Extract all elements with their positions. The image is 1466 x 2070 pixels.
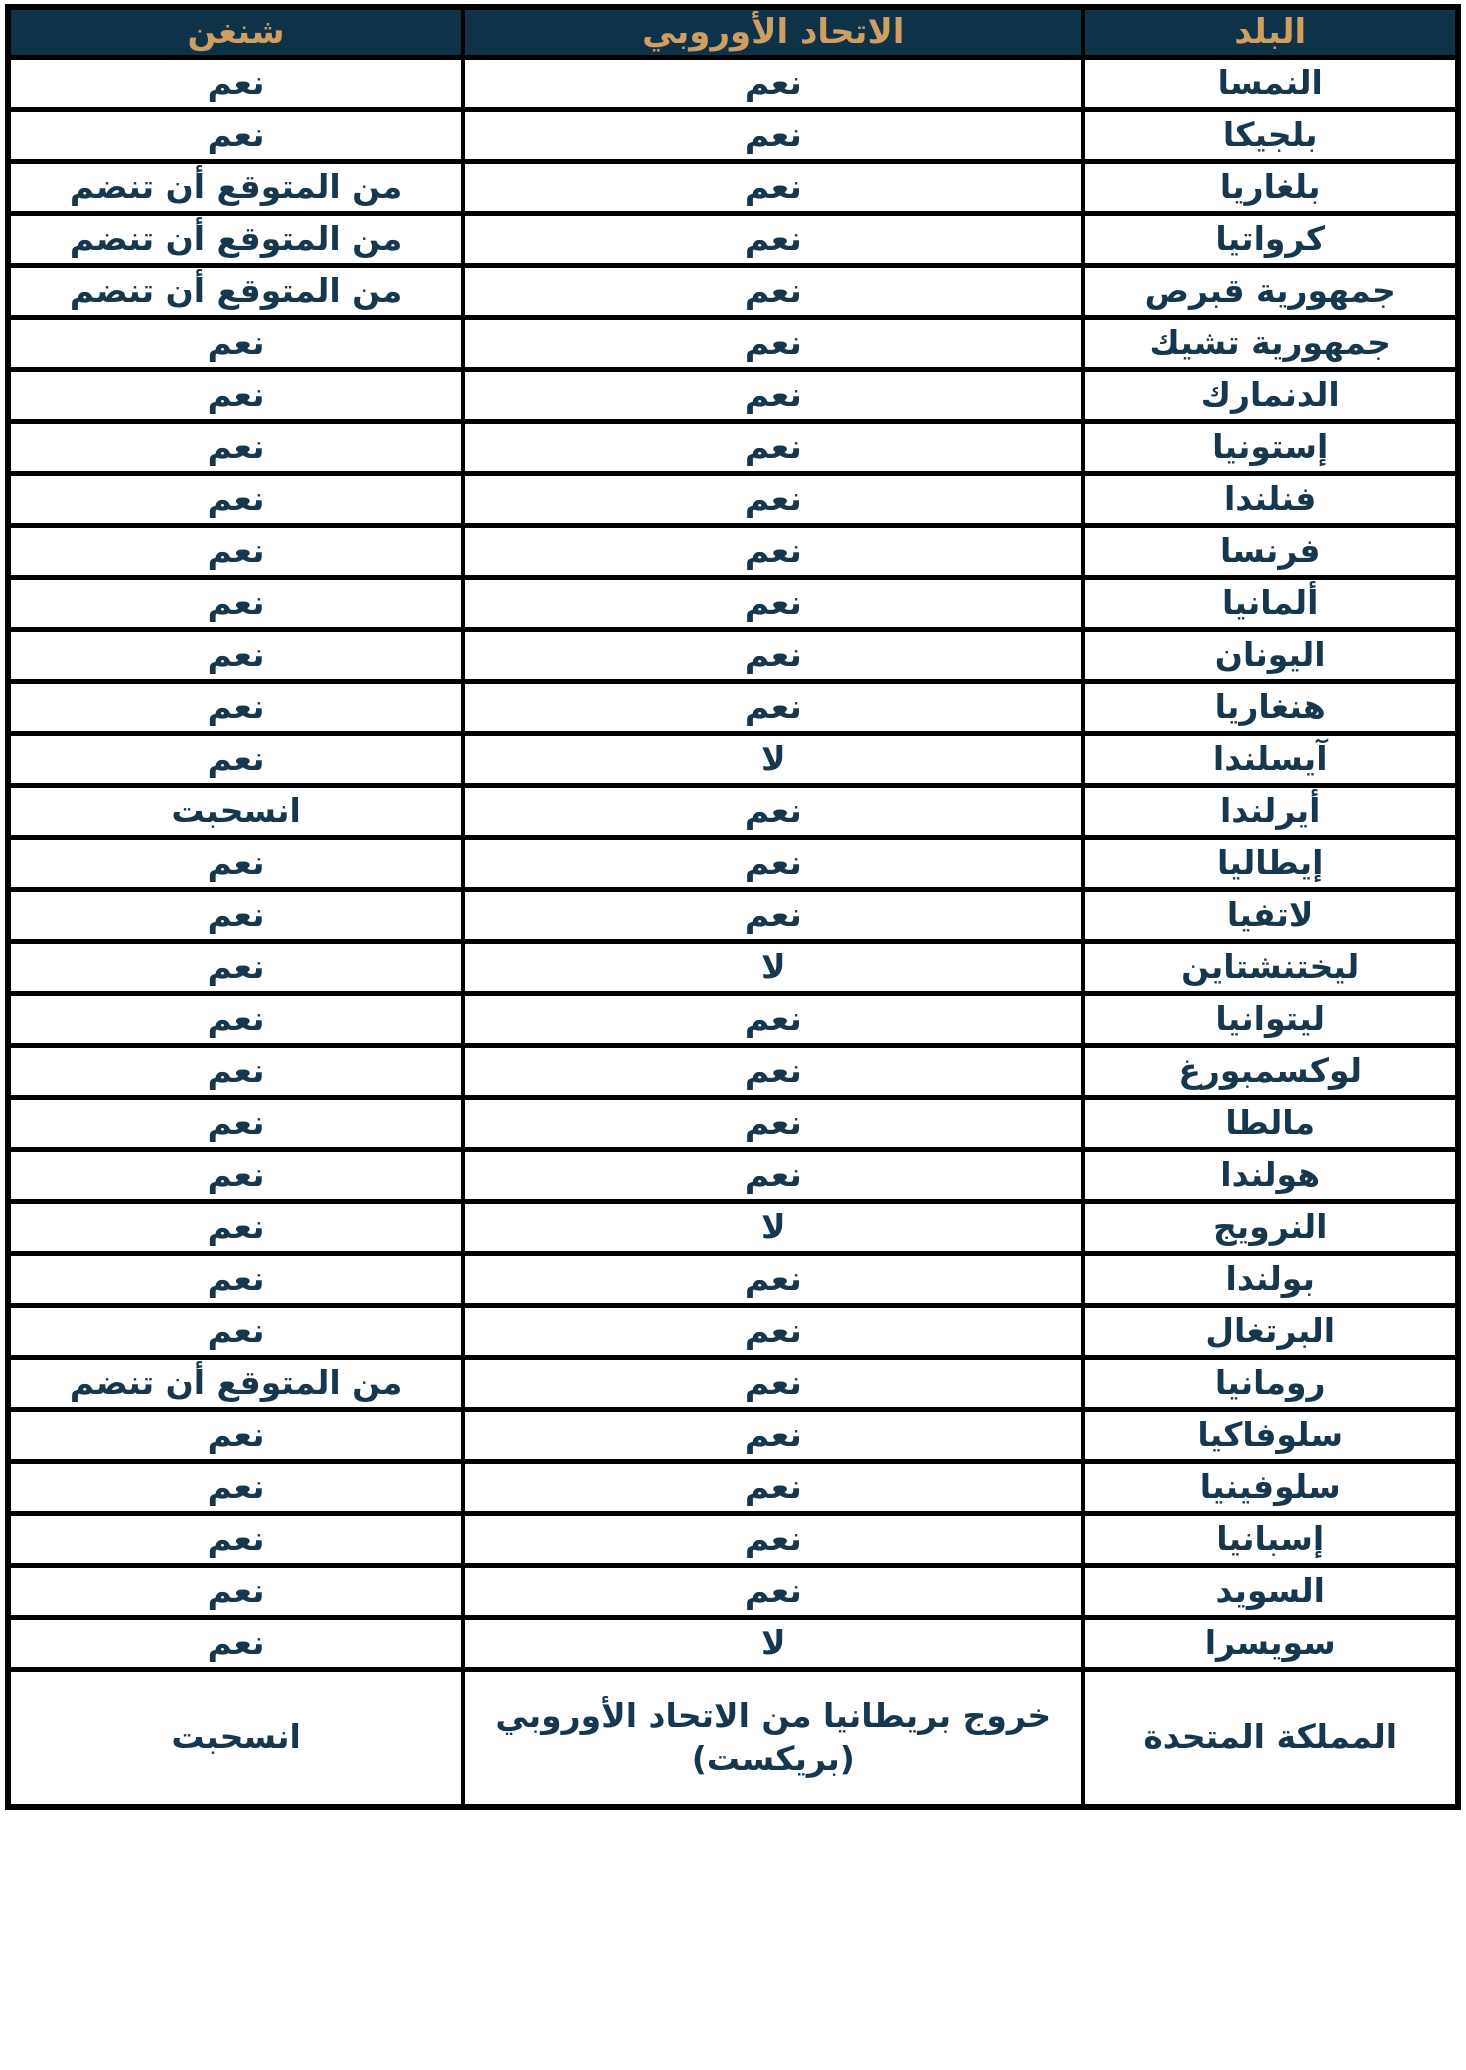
column-header-country: البلد: [1083, 7, 1458, 57]
eu-cell: نعم: [463, 785, 1083, 837]
eu-cell: نعم: [463, 1253, 1083, 1305]
country-cell: النرويج: [1083, 1201, 1458, 1253]
schengen-cell: من المتوقع أن تنضم: [8, 265, 463, 317]
country-cell: هولندا: [1083, 1149, 1458, 1201]
schengen-cell: نعم: [8, 525, 463, 577]
country-cell: فنلندا: [1083, 473, 1458, 525]
eu-cell: نعم: [463, 577, 1083, 629]
eu-cell: نعم: [463, 317, 1083, 369]
table-row: لوكسمبورغنعمنعم: [8, 1045, 1458, 1097]
schengen-cell: نعم: [8, 1201, 463, 1253]
table-header: البلد الاتحاد الأوروبي شنغن: [8, 7, 1458, 57]
page: البلد الاتحاد الأوروبي شنغن النمسانعمنعم…: [0, 0, 1466, 2070]
country-cell: النمسا: [1083, 57, 1458, 109]
country-cell: بولندا: [1083, 1253, 1458, 1305]
eu-cell: نعم: [463, 993, 1083, 1045]
schengen-cell: نعم: [8, 1565, 463, 1617]
country-cell: اليونان: [1083, 629, 1458, 681]
table-row: ليختنشتاينلانعم: [8, 941, 1458, 993]
eu-cell: نعم: [463, 265, 1083, 317]
table-row: ألمانيانعمنعم: [8, 577, 1458, 629]
country-cell: إيطاليا: [1083, 837, 1458, 889]
eu-cell: نعم: [463, 1097, 1083, 1149]
table-row: اليوناننعمنعم: [8, 629, 1458, 681]
country-cell: سويسرا: [1083, 1617, 1458, 1669]
schengen-cell: نعم: [8, 317, 463, 369]
schengen-cell: من المتوقع أن تنضم: [8, 213, 463, 265]
table-row: جمهورية قبرصنعممن المتوقع أن تنضم: [8, 265, 1458, 317]
eu-cell: نعم: [463, 1045, 1083, 1097]
schengen-cell: نعم: [8, 473, 463, 525]
schengen-cell: نعم: [8, 681, 463, 733]
country-cell: إستونيا: [1083, 421, 1458, 473]
eu-schengen-membership-table: البلد الاتحاد الأوروبي شنغن النمسانعمنعم…: [5, 4, 1461, 1810]
eu-cell: نعم: [463, 1461, 1083, 1513]
schengen-cell: نعم: [8, 1617, 463, 1669]
table-row: أيرلندانعمانسحبت: [8, 785, 1458, 837]
schengen-cell: من المتوقع أن تنضم: [8, 161, 463, 213]
schengen-cell: نعم: [8, 629, 463, 681]
country-cell: مالطا: [1083, 1097, 1458, 1149]
column-header-schengen: شنغن: [8, 7, 463, 57]
country-cell: المملكة المتحدة: [1083, 1669, 1458, 1807]
country-cell: كرواتيا: [1083, 213, 1458, 265]
schengen-cell: نعم: [8, 1513, 463, 1565]
table-row: رومانيانعممن المتوقع أن تنضم: [8, 1357, 1458, 1409]
table-row: إيطاليانعمنعم: [8, 837, 1458, 889]
country-cell: أيرلندا: [1083, 785, 1458, 837]
table-row: مالطانعمنعم: [8, 1097, 1458, 1149]
country-cell: السويد: [1083, 1565, 1458, 1617]
schengen-cell: نعم: [8, 733, 463, 785]
table-row: فرنسانعمنعم: [8, 525, 1458, 577]
country-cell: آيسلندا: [1083, 733, 1458, 785]
eu-cell: نعم: [463, 1513, 1083, 1565]
table-body: النمسانعمنعمبلجيكانعمنعمبلغاريانعممن الم…: [8, 57, 1458, 1807]
country-cell: هنغاريا: [1083, 681, 1458, 733]
table-row: البرتغالنعمنعم: [8, 1305, 1458, 1357]
schengen-cell: نعم: [8, 1305, 463, 1357]
table-row: بلغاريانعممن المتوقع أن تنضم: [8, 161, 1458, 213]
table-row: السويدنعمنعم: [8, 1565, 1458, 1617]
table-row: هنغاريانعمنعم: [8, 681, 1458, 733]
eu-cell: نعم: [463, 629, 1083, 681]
country-cell: ليتوانيا: [1083, 993, 1458, 1045]
country-cell: رومانيا: [1083, 1357, 1458, 1409]
eu-cell: نعم: [463, 1305, 1083, 1357]
schengen-cell: نعم: [8, 109, 463, 161]
eu-cell: نعم: [463, 1409, 1083, 1461]
eu-cell: نعم: [463, 213, 1083, 265]
schengen-cell: نعم: [8, 889, 463, 941]
schengen-cell: نعم: [8, 1149, 463, 1201]
schengen-cell: نعم: [8, 837, 463, 889]
eu-cell: نعم: [463, 681, 1083, 733]
table-row: إسبانيانعمنعم: [8, 1513, 1458, 1565]
country-cell: ألمانيا: [1083, 577, 1458, 629]
column-header-eu: الاتحاد الأوروبي: [463, 7, 1083, 57]
country-cell: الدنمارك: [1083, 369, 1458, 421]
eu-cell: لا: [463, 941, 1083, 993]
country-cell: جمهورية قبرص: [1083, 265, 1458, 317]
table-row: سويسرالانعم: [8, 1617, 1458, 1669]
country-cell: ليختنشتاين: [1083, 941, 1458, 993]
country-cell: لوكسمبورغ: [1083, 1045, 1458, 1097]
country-cell: إسبانيا: [1083, 1513, 1458, 1565]
eu-cell: نعم: [463, 473, 1083, 525]
schengen-cell: انسحبت: [8, 785, 463, 837]
eu-cell: نعم: [463, 837, 1083, 889]
eu-cell: لا: [463, 733, 1083, 785]
schengen-cell: نعم: [8, 577, 463, 629]
schengen-cell: نعم: [8, 1461, 463, 1513]
table-row: النرويجلانعم: [8, 1201, 1458, 1253]
country-cell: فرنسا: [1083, 525, 1458, 577]
table-row: الدنماركنعمنعم: [8, 369, 1458, 421]
table-row: بولندانعمنعم: [8, 1253, 1458, 1305]
table-row: المملكة المتحدةخروج بريطانيا من الاتحاد …: [8, 1669, 1458, 1807]
table-row: بلجيكانعمنعم: [8, 109, 1458, 161]
eu-cell: نعم: [463, 369, 1083, 421]
schengen-cell: نعم: [8, 993, 463, 1045]
country-cell: بلغاريا: [1083, 161, 1458, 213]
schengen-cell: نعم: [8, 1097, 463, 1149]
table-row: ليتوانيانعمنعم: [8, 993, 1458, 1045]
schengen-cell: نعم: [8, 941, 463, 993]
eu-cell: خروج بريطانيا من الاتحاد الأوروبي (بريكس…: [463, 1669, 1083, 1807]
schengen-cell: من المتوقع أن تنضم: [8, 1357, 463, 1409]
eu-cell: نعم: [463, 57, 1083, 109]
table-row: فنلندانعمنعم: [8, 473, 1458, 525]
table-row: لاتفيانعمنعم: [8, 889, 1458, 941]
eu-cell: لا: [463, 1201, 1083, 1253]
eu-cell: نعم: [463, 161, 1083, 213]
schengen-cell: نعم: [8, 1409, 463, 1461]
table-row: آيسلندالانعم: [8, 733, 1458, 785]
schengen-cell: نعم: [8, 57, 463, 109]
country-cell: جمهورية تشيك: [1083, 317, 1458, 369]
country-cell: لاتفيا: [1083, 889, 1458, 941]
table-row: سلوفينيانعمنعم: [8, 1461, 1458, 1513]
schengen-cell: انسحبت: [8, 1669, 463, 1807]
schengen-cell: نعم: [8, 1253, 463, 1305]
schengen-cell: نعم: [8, 369, 463, 421]
eu-cell: نعم: [463, 421, 1083, 473]
country-cell: البرتغال: [1083, 1305, 1458, 1357]
eu-cell: نعم: [463, 889, 1083, 941]
eu-cell: لا: [463, 1617, 1083, 1669]
table-row: كرواتيانعممن المتوقع أن تنضم: [8, 213, 1458, 265]
schengen-cell: نعم: [8, 1045, 463, 1097]
country-cell: سلوفاكيا: [1083, 1409, 1458, 1461]
table-row: جمهورية تشيكنعمنعم: [8, 317, 1458, 369]
header-row: البلد الاتحاد الأوروبي شنغن: [8, 7, 1458, 57]
table-row: إستونيانعمنعم: [8, 421, 1458, 473]
eu-cell: نعم: [463, 525, 1083, 577]
eu-cell: نعم: [463, 109, 1083, 161]
table-row: النمسانعمنعم: [8, 57, 1458, 109]
eu-cell: نعم: [463, 1149, 1083, 1201]
table-row: سلوفاكيانعمنعم: [8, 1409, 1458, 1461]
country-cell: سلوفينيا: [1083, 1461, 1458, 1513]
table-row: هولندانعمنعم: [8, 1149, 1458, 1201]
country-cell: بلجيكا: [1083, 109, 1458, 161]
eu-cell: نعم: [463, 1565, 1083, 1617]
schengen-cell: نعم: [8, 421, 463, 473]
eu-cell: نعم: [463, 1357, 1083, 1409]
